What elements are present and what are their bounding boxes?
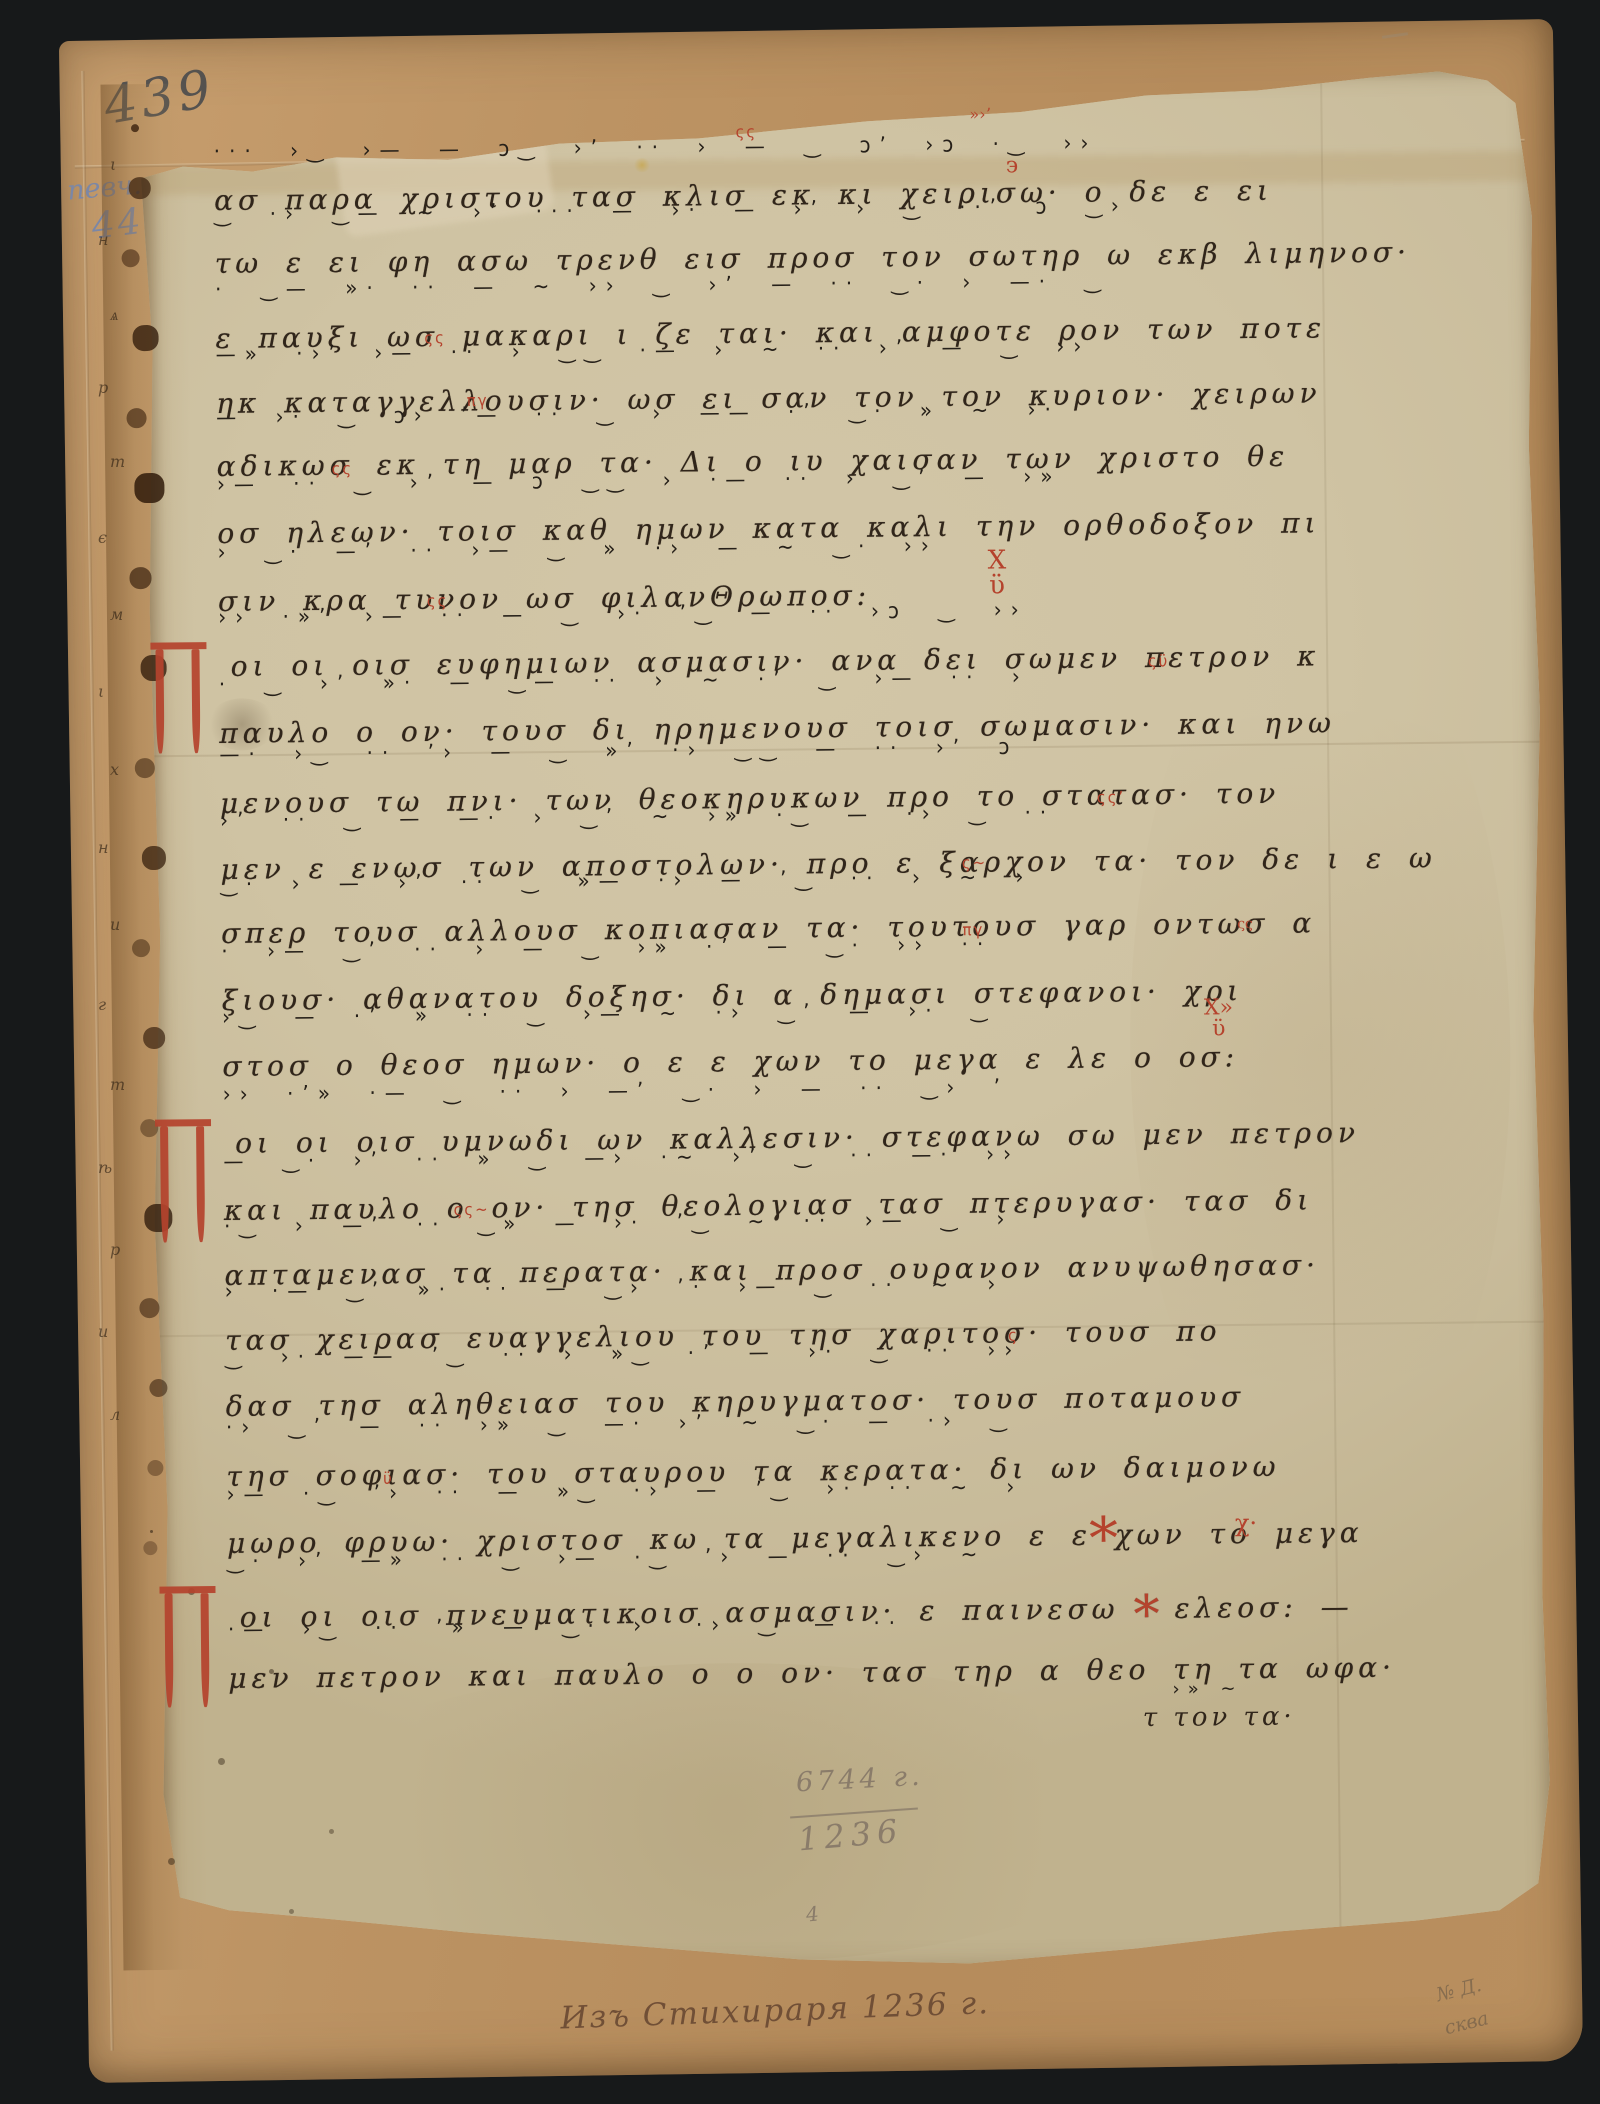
catchword: τ τον τα·: [1143, 1702, 1296, 1733]
pencil-tick: 4: [805, 1901, 820, 1926]
manuscript-photo: 439 певч. 447 Изъ Стихираря 1236 г. № Д.…: [0, 0, 1600, 2104]
margin-rubric-mark: Χ» ϋ: [1204, 998, 1234, 1040]
red-neume-accent: ς~: [962, 853, 988, 873]
red-neume-accent: ςς: [331, 459, 353, 479]
initial-pi: [155, 1119, 212, 1243]
initial-pi: [159, 1586, 216, 1708]
margin-rubric-mark: »›ʼ: [969, 107, 990, 122]
margin-rubric-mark: ςς: [1237, 918, 1253, 931]
catchword-neumes: ›» ~: [1172, 1678, 1243, 1700]
red-neume-accent: ςς: [427, 591, 449, 611]
margin-rubric-mark: Χ ϋ: [988, 548, 1007, 598]
red-neume-accent: ςς~: [453, 1200, 489, 1220]
red-neume-accent: ςς: [735, 122, 757, 142]
margin-rubric-mark: ϶: [1006, 156, 1019, 177]
margin-rubric-mark: *: [1089, 1511, 1119, 1566]
red-neume-accent: ςϋ: [1148, 651, 1170, 671]
neume-line: ›— ·‿ ʼ› ·· — »‿ ·› — ʼ‿ ›· ·· ~ ›ϋ: [226, 1471, 1270, 1507]
red-neume-accent: ςς: [424, 328, 446, 348]
initial-pi: [150, 642, 207, 754]
red-neume-accent: ϋ: [383, 1469, 394, 1489]
red-neume-accent: ς: [1008, 1326, 1019, 1346]
red-neume-accent: πγ: [467, 391, 489, 411]
neume-line: ··· ›‿ ›— — ɔ‿ ›ʼ ·· › — ‿ ɔʼ ›ɔ ·‿ ››ςς: [214, 128, 1258, 164]
red-neume-accent: ςςʼ: [1097, 788, 1126, 808]
red-neume-accent: πγ: [962, 920, 984, 940]
margin-rubric-mark: χ·: [1235, 1512, 1257, 1535]
